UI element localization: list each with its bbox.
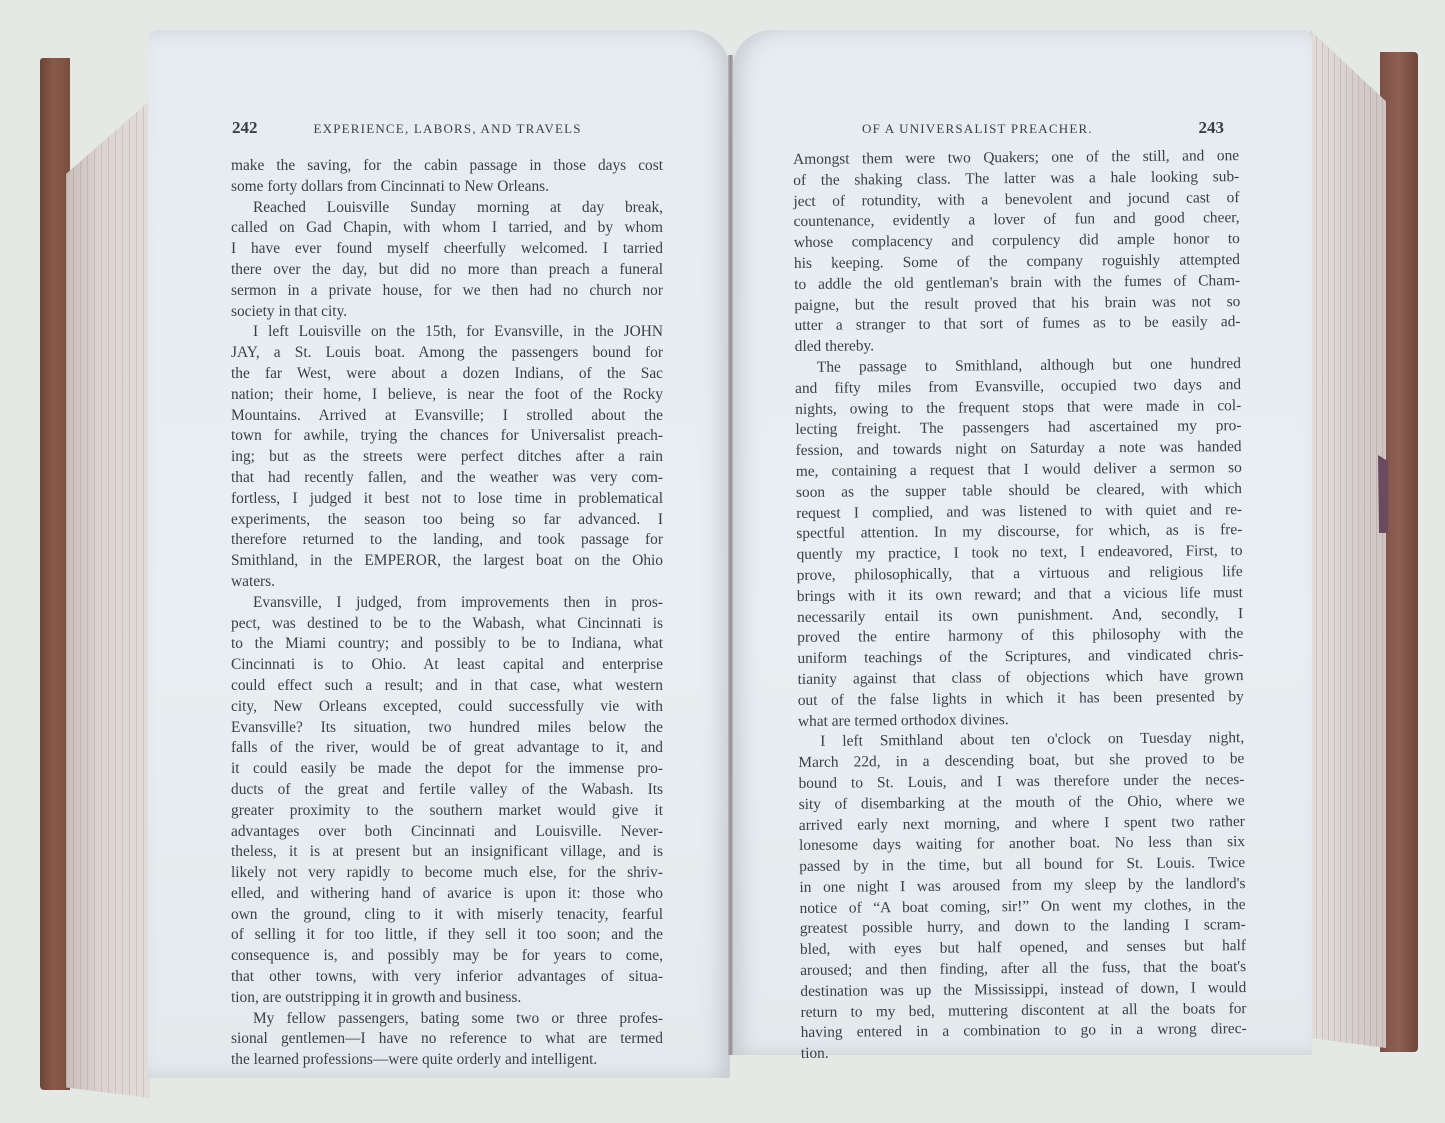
text-line: could effect such a result; and in that … xyxy=(231,676,663,697)
text-line: sional gentlemen—I have no reference to … xyxy=(231,1029,663,1050)
text-line: out of the false lights in which it has … xyxy=(798,687,1244,712)
text-line: Evansville, I judged, from improvements … xyxy=(231,593,663,614)
text-line: Mountains. Arrived at Evansville; I stro… xyxy=(231,406,663,427)
book-gutter xyxy=(728,55,733,1055)
right-page-header: OF A UNIVERSALIST PREACHER. 243 xyxy=(862,118,1224,138)
book-photo: 242 EXPERIENCE, LABORS, AND TRAVELS OF A… xyxy=(0,0,1445,1123)
text-line: make the saving, for the cabin passage i… xyxy=(231,156,663,177)
text-line: pect, was destined to be to the Wabash, … xyxy=(231,614,663,635)
text-line: I have ever found myself cheerfully welc… xyxy=(231,239,663,260)
text-line: elled, and withering hand of avarice is … xyxy=(231,884,663,905)
text-line: ducts of the great and fertile valley of… xyxy=(231,780,663,801)
book-cover-left-edge xyxy=(40,58,70,1090)
text-line: fortless, I judged it best not to lose t… xyxy=(231,489,663,510)
text-line: consequence is, and possibly may be for … xyxy=(231,946,663,967)
text-line: of selling it for too little, if they se… xyxy=(231,925,663,946)
text-line: having entered in a combination to go in… xyxy=(801,1020,1247,1045)
text-line: ing; but as the streets were perfect dit… xyxy=(231,447,663,468)
text-line: tion, are outstripping it in growth and … xyxy=(231,988,663,1009)
text-line: likely not very rapidly to become much e… xyxy=(231,863,663,884)
text-line: own the ground, cling to it with miserly… xyxy=(231,905,663,926)
left-page-header: 242 EXPERIENCE, LABORS, AND TRAVELS xyxy=(232,118,664,138)
text-line: some forty dollars from Cincinnati to Ne… xyxy=(231,177,663,198)
text-line: that had recently fallen, and the weathe… xyxy=(231,468,663,489)
page-stack-left xyxy=(66,48,150,1098)
text-line: Evansville? Its situation, two hundred m… xyxy=(231,718,663,739)
text-line: tion. xyxy=(801,1040,1247,1065)
text-line: utter a stranger to that sort of fumes a… xyxy=(794,312,1240,337)
text-line: town for awhile, trying the chances for … xyxy=(231,426,663,447)
text-line: called on Gad Chapin, with whom I tarrie… xyxy=(231,218,663,239)
text-line: there over the day, but did no more than… xyxy=(231,260,663,281)
text-line: society in that city. xyxy=(231,302,663,323)
text-line: advantages over both Cincinnati and Loui… xyxy=(231,822,663,843)
text-line: sermon in a private house, for we then h… xyxy=(231,281,663,302)
text-line: I left Louisville on the 15th, for Evans… xyxy=(231,322,663,343)
text-line: therefore returned to the landing, and t… xyxy=(231,530,663,551)
text-line: Cincinnati is to Ohio. At least capital … xyxy=(231,655,663,676)
page-number-right: 243 xyxy=(1199,118,1225,138)
text-line: the far West, were about a dozen Indians… xyxy=(231,364,663,385)
text-line: theless, it is at present but an insigni… xyxy=(231,842,663,863)
text-line: My fellow passengers, bating some two or… xyxy=(231,1009,663,1030)
text-line: to the Miami country; and possibly to be… xyxy=(231,634,663,655)
left-page-body-text: make the saving, for the cabin passage i… xyxy=(231,156,663,1071)
text-line: waters. xyxy=(231,572,663,593)
right-page-body-text: Amongst them were two Quakers; one of th… xyxy=(793,146,1247,1065)
text-line: nation; their home, I believe, is near t… xyxy=(231,385,663,406)
text-line: Reached Louisville Sunday morning at day… xyxy=(231,198,663,219)
text-line: JAY, a St. Louis boat. Among the passeng… xyxy=(231,343,663,364)
text-line: greater proximity to the southern market… xyxy=(231,801,663,822)
page-number-left: 242 xyxy=(232,118,258,138)
text-line: experiments, the season too being so far… xyxy=(231,510,663,531)
text-line: the learned professions—were quite order… xyxy=(231,1050,663,1071)
running-head-right: OF A UNIVERSALIST PREACHER. xyxy=(862,121,1093,137)
text-line: that other towns, with very inferior adv… xyxy=(231,967,663,988)
text-line: city, New Orleans excepted, could succes… xyxy=(231,697,663,718)
text-line: it could easily be made the depot for th… xyxy=(231,759,663,780)
text-line: falls of the river, would be of great ad… xyxy=(231,738,663,759)
cover-tear-mark xyxy=(1378,455,1388,533)
running-head-left: EXPERIENCE, LABORS, AND TRAVELS xyxy=(314,121,582,137)
page-stack-right xyxy=(1310,30,1386,1048)
text-line: Smithland, in the EMPEROR, the largest b… xyxy=(231,551,663,572)
